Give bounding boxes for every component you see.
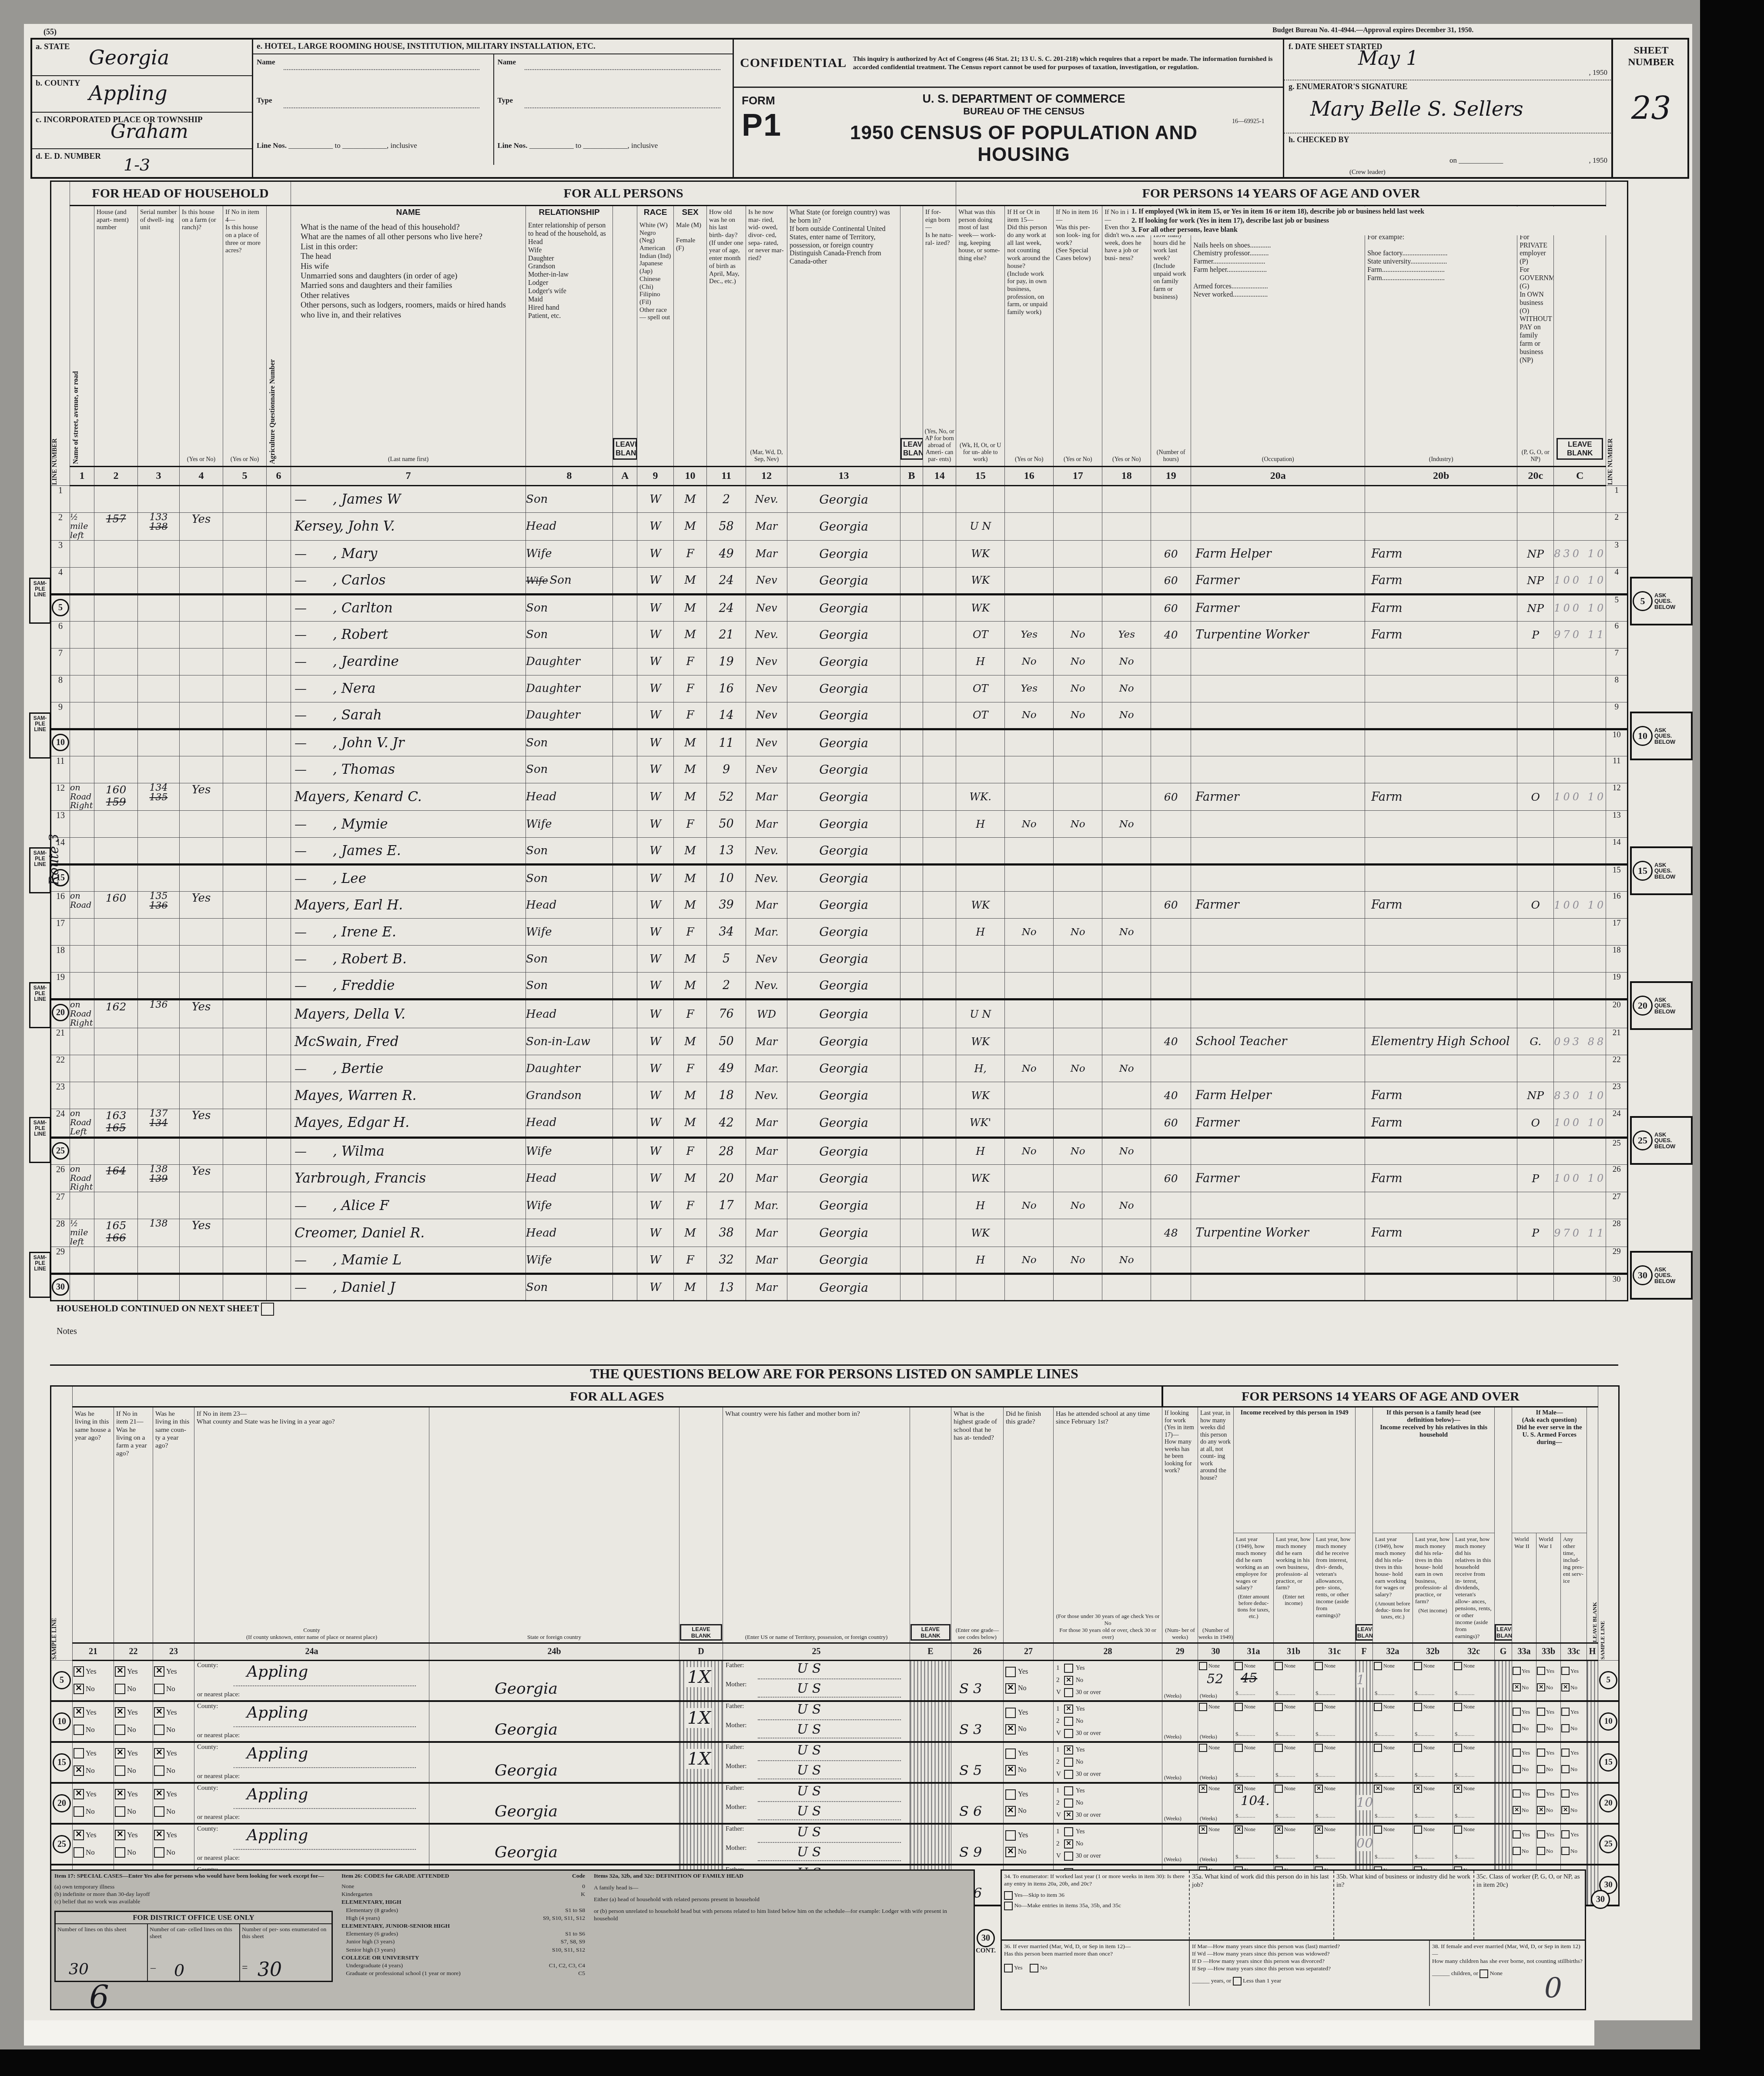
sample-cell-ww1-service-15: YesNo <box>1536 1742 1561 1783</box>
span-element: 13 <box>1613 811 1621 820</box>
span-element <box>1004 1891 1013 1900</box>
div-element: $............ <box>1455 1772 1475 1778</box>
cell-i17-8: No <box>1054 675 1102 702</box>
span-element: W <box>649 1035 661 1048</box>
span-element: 30 <box>52 1278 69 1296</box>
col-num-i18: 18 <box>1102 467 1151 486</box>
col-foot-i15: (Wk, H, Ot, or U for un- able to work) <box>956 442 1004 463</box>
div-element: None <box>1235 1703 1272 1711</box>
cell-i16-21 <box>1005 1028 1054 1055</box>
ask-ques-below-15: 15ASK QUES. BELOW <box>1630 846 1693 895</box>
span-element: 15 <box>53 1753 71 1772</box>
span-element: U S <box>797 1702 821 1717</box>
ww1-service-yes-checkbox-10 <box>1537 1708 1545 1716</box>
cell-i16-9: No <box>1005 702 1054 729</box>
cell-race-14: W <box>637 838 674 865</box>
cell-i15-10 <box>956 729 1005 756</box>
span-element: , James E. <box>333 843 401 859</box>
cell-i17-17: No <box>1054 919 1102 946</box>
cell-born-19: Georgia <box>787 973 900 1000</box>
cell-farm-17 <box>180 919 223 946</box>
div-element: None <box>1199 1744 1232 1752</box>
span-element: No <box>1522 1725 1529 1732</box>
span-element: Wife <box>526 1199 552 1212</box>
census-form-page: (55) a. STATE Georgia b. COUNTY Appling … <box>24 24 1692 2020</box>
cell-B-29 <box>900 1247 923 1274</box>
c23-no-checkbox-25 <box>154 1847 164 1858</box>
span-element: S 5 <box>959 1762 982 1778</box>
sample-col-num-c23: 23 <box>153 1643 194 1660</box>
span-element: W <box>649 1062 661 1075</box>
col-desc-house: House (and apart- ment) number <box>94 206 137 234</box>
sample-row-25: 25YesNoYesNoYesNoCounty:Applingor neares… <box>51 1824 1619 1865</box>
span-element: NP <box>1527 602 1544 615</box>
cell-industry-28: Farm <box>1365 1219 1517 1247</box>
sample-col-head-H: LEAVE BLANK <box>1587 1407 1598 1643</box>
div-element: (a) own temporary illness <box>54 1883 333 1891</box>
school-yes-checkbox-20 <box>1064 1786 1073 1795</box>
div-element <box>758 1778 901 1779</box>
span-element: Yes <box>166 1749 177 1758</box>
sample-cell-finish-10: YesNo <box>1004 1701 1054 1742</box>
cell-age-15: 10 <box>707 865 746 892</box>
cell-serial-26: 138139 <box>138 1164 180 1192</box>
cell-C-21: 093 888 2 <box>1554 1028 1606 1055</box>
cell-sex-4: M <box>674 567 707 594</box>
cell-lineno-25: 25 <box>51 1137 70 1164</box>
span-element: 16 <box>1613 892 1621 901</box>
span-element: Yes <box>1076 1788 1085 1795</box>
cell-relationship-11: Son <box>526 756 613 783</box>
span-element: , inclusive <box>627 141 658 150</box>
cell-i17-20 <box>1054 1000 1102 1028</box>
cell-name-10: —, John V. Jr <box>291 729 526 756</box>
span-element: U S <box>797 1845 821 1860</box>
sample-line-marker-20: SAM- PLE LINE <box>29 982 51 1028</box>
span-element: No <box>1076 1800 1083 1807</box>
div-element: (Weeks) <box>1164 1775 1182 1781</box>
cell-acres-24 <box>223 1109 267 1138</box>
cell-sex-2: M <box>674 513 707 541</box>
cell-industry-24: Farm <box>1365 1109 1517 1138</box>
span-element: 2 <box>723 493 730 506</box>
span-element: 34 <box>719 925 733 939</box>
cell-A-9 <box>613 702 637 729</box>
cell-relationship-7: Daughter <box>526 648 613 675</box>
sample-col-head-c26: What is the highest grade of school that… <box>951 1407 1004 1643</box>
span-element: Yes <box>1522 1749 1530 1756</box>
span-element: Mar <box>756 1117 777 1129</box>
div-element: 136 <box>138 1000 179 1010</box>
cell-i19-30 <box>1151 1274 1191 1301</box>
cell-age-20: 76 <box>707 1000 746 1028</box>
div-element: No <box>74 1803 113 1820</box>
span-element: None <box>1208 1745 1220 1751</box>
span-element: None <box>341 1882 354 1890</box>
cell-sex-16: M <box>674 892 707 919</box>
weeks-none-checkbox-25 <box>1199 1825 1207 1834</box>
cell-class-of-worker-6: P <box>1517 621 1554 648</box>
span-element: Son <box>526 844 548 857</box>
span-element: W <box>649 844 661 857</box>
cell-house-14 <box>94 838 138 865</box>
cell-i19-15 <box>1151 865 1191 892</box>
span-element: 20 <box>1613 1000 1621 1010</box>
col-title-name: NAME <box>291 208 526 217</box>
span-element: = <box>242 1962 248 1974</box>
cell-serial-17 <box>138 919 180 946</box>
div-element: 137 <box>138 1109 179 1119</box>
cell-nat-1 <box>923 486 956 513</box>
district-office-title: FOR DISTRICT OFFICE USE ONLY <box>56 1912 331 1924</box>
span-element: Daughter <box>526 1062 580 1075</box>
cell-mar-21: Mar <box>746 1028 787 1055</box>
col-head-farm: Is this house on a farm (or ranch)?(Yes … <box>180 206 223 467</box>
span-element: No <box>127 1725 136 1734</box>
leave-blank-box-B: LEAVE BLANK <box>900 438 923 460</box>
ditto-dash: — <box>295 1062 307 1076</box>
span-element: Georgia <box>819 1061 868 1076</box>
cell-nat-17 <box>923 919 956 946</box>
cell-street-26: on Road Right <box>70 1164 94 1192</box>
cell-street-14 <box>70 838 94 865</box>
span-element: 58 <box>719 520 733 533</box>
div-element: 2No <box>1056 1715 1159 1728</box>
span-element: 100 105 3 <box>1554 1172 1606 1184</box>
div-element: Last year, how much money did he earn wo… <box>1274 1533 1313 1594</box>
sample-cell-weeks-looking-5: (Weeks) <box>1162 1660 1198 1701</box>
div-element: $............ <box>1375 1690 1395 1697</box>
cell-industry-20 <box>1365 1000 1517 1028</box>
col-foot-farm: (Yes or No) <box>180 456 223 463</box>
span-element: 20 <box>53 1794 71 1812</box>
span-element: F <box>686 1254 694 1267</box>
cell-i16-6: Yes <box>1005 621 1054 648</box>
tr-element: Name of street, avenue, or roadHouse (an… <box>51 206 1628 467</box>
state-value: Georgia <box>89 46 169 69</box>
div-element: None <box>1199 1703 1232 1711</box>
cell-relationship-8: Daughter <box>526 675 613 702</box>
cell-industry-5: Farm <box>1365 594 1517 621</box>
span-element: No <box>1018 1725 1027 1733</box>
cell-class-of-worker-26: P <box>1517 1164 1554 1192</box>
cell-B-19 <box>900 973 923 1000</box>
cell-occupation-18 <box>1191 946 1365 973</box>
sample-line-number-20: 20 <box>1598 1783 1619 1824</box>
span-element: V <box>1056 1689 1061 1696</box>
div-element <box>284 107 479 108</box>
span-element: Mar. <box>754 926 778 938</box>
finish-no-checkbox-10 <box>1005 1724 1016 1735</box>
ww1-service-no-checkbox-10 <box>1537 1724 1545 1732</box>
sample-cell-ww1-service-25: YesNo <box>1536 1824 1561 1865</box>
span-element: Yarbrough, Francis <box>295 1170 426 1186</box>
span-element: 30 <box>1633 1265 1653 1285</box>
div-element: Number of per- sons enumerated on this s… <box>242 1926 330 1941</box>
dept-title: U. S. DEPARTMENT OF COMMERCE BUREAU OF T… <box>816 88 1232 175</box>
cell-agri-4 <box>267 567 291 594</box>
col-head-i19: If Wk in item 15 or Yes in item 16— How … <box>1151 206 1191 467</box>
span-element: Yes <box>166 1667 177 1676</box>
cell-i19-9 <box>1151 702 1191 729</box>
span-element: , Lee <box>333 871 366 886</box>
cell-i16-22: No <box>1005 1055 1054 1082</box>
tr-element: SAMPLE LINEFOR ALL AGESFOR PERSONS 14 YE… <box>51 1386 1619 1407</box>
cell-farm-13 <box>180 811 223 838</box>
span-element: None <box>1208 1785 1220 1792</box>
span-element: M <box>684 790 696 803</box>
span-element: Junior high (3 years) <box>341 1938 395 1946</box>
c22-yes-checkbox-5 <box>115 1666 125 1677</box>
span-element: , Thomas <box>333 762 395 777</box>
cell-i17-21 <box>1054 1028 1102 1055</box>
cell-C-8 <box>1554 675 1606 702</box>
span-element: OT <box>973 709 988 721</box>
div-element: 165 <box>94 1122 137 1134</box>
span-element: 11 <box>719 736 733 750</box>
div-element: World War II <box>1512 1533 1536 1552</box>
span-element: Nev <box>756 763 777 776</box>
cell-C-16: 100 105 3 <box>1554 892 1606 919</box>
cell-age-23: 18 <box>707 1082 746 1109</box>
cell-lineno-11: 11 <box>51 756 70 783</box>
cell-relationship-15: Son <box>526 865 613 892</box>
cell-lineno-26: 26 <box>51 1164 70 1192</box>
col-num-mar: 12 <box>746 467 787 486</box>
confidential-label: CONFIDENTIAL <box>734 56 853 70</box>
cell-i19-29 <box>1151 1247 1191 1274</box>
span-element: 18 <box>719 1089 733 1102</box>
hotel-name-label: Name <box>257 58 275 67</box>
div-element: 1Yes <box>1056 1662 1159 1675</box>
span-element: No <box>1119 656 1134 667</box>
div-element: None <box>1454 1785 1493 1793</box>
cell-C-23: 830 105 4 <box>1554 1082 1606 1109</box>
div-element: Was he living in this same house a year … <box>73 1407 114 1444</box>
cell-nat-28 <box>923 1219 956 1247</box>
span-element: Farmer <box>1195 1172 1239 1185</box>
cell-sex-12: M <box>674 783 707 811</box>
sample-cell-D-15: 1X <box>679 1742 723 1783</box>
div-element: d. E. D. NUMBER 1-3 <box>32 149 252 178</box>
cell-acres-28 <box>223 1219 267 1247</box>
div-element: 35a. What kind of work did this person d… <box>1192 1873 1331 1889</box>
div-element: No <box>154 1762 193 1779</box>
span-element: 17 <box>56 919 65 928</box>
cell-farm-28: Yes <box>180 1219 223 1247</box>
table-row: 14—, James E.SonWM13Nev.Georgia14 <box>51 838 1628 865</box>
span-element: Son <box>526 628 548 641</box>
div-element <box>234 1767 416 1768</box>
sample-cell-ww2-service-10: YesNo <box>1512 1701 1536 1742</box>
span-element: No <box>1018 1848 1027 1856</box>
cell-agri-30 <box>267 1274 291 1301</box>
span-element: Wife <box>526 818 552 831</box>
div-element: (Enter net income) <box>1274 1594 1313 1607</box>
span-element: H <box>976 1145 985 1157</box>
span-element: V <box>1056 1812 1061 1819</box>
ww2-service-no-checkbox-5 <box>1513 1683 1521 1692</box>
cell-industry-13 <box>1365 811 1517 838</box>
span-element: 1 <box>1056 1665 1061 1672</box>
div-element: FORM P1 U. S. DEPARTMENT OF COMMERCE BUR… <box>734 88 1284 175</box>
cell-industry-21: Elementry High School <box>1365 1028 1517 1055</box>
span-element: Mayers, Kenard C. <box>295 789 422 805</box>
span-element: Yes <box>166 1708 177 1717</box>
span-element: U S <box>797 1743 821 1758</box>
cell-A-8 <box>613 675 637 702</box>
c21-no-checkbox-15 <box>74 1765 84 1776</box>
ditto-dash: — <box>295 952 307 966</box>
span-element: None <box>1324 1663 1336 1669</box>
div-element: If looking for work (Yes in item 17)— Ho… <box>1162 1407 1198 1478</box>
div-element: ASK QUES. BELOW <box>1654 997 1675 1015</box>
span-element: Yes <box>1018 1791 1028 1799</box>
school-over-checkbox-20 <box>1064 1811 1073 1820</box>
cell-race-11: W <box>637 756 674 783</box>
div-element: County (If county unknown, enter name of… <box>194 1627 429 1641</box>
col-head-acres: If No in item 4— Is this house on a plac… <box>223 206 267 467</box>
span-element: Yes <box>192 892 211 905</box>
span-element: 10 <box>1599 1712 1617 1731</box>
div-element: None <box>1374 1703 1412 1711</box>
cell-B-13 <box>900 811 923 838</box>
cell-i16-3 <box>1005 540 1054 567</box>
span-element: , Carlton <box>333 600 393 616</box>
cell-i16-19 <box>1005 973 1054 1000</box>
sample-col-head-D: LEAVE BLANK <box>679 1407 723 1643</box>
col-head-i16: If H or Ot in item 15— Did this person d… <box>1005 206 1054 467</box>
cell-A-16 <box>613 892 637 919</box>
div-element: Mother: <box>726 1722 746 1729</box>
cell-acres-17 <box>223 919 267 946</box>
div-element: Number of lines on this sheet 30 <box>56 1924 148 1981</box>
sample-col-num-c26: 26 <box>951 1643 1004 1660</box>
cell-i16-15 <box>1005 865 1054 892</box>
cell-born-13: Georgia <box>787 811 900 838</box>
cell-lineno-5: 5 <box>51 594 70 621</box>
span-element: Son <box>550 574 572 587</box>
cell-lineno-22: 22 <box>51 1055 70 1082</box>
span-element: 24 <box>719 602 733 615</box>
span-element: None <box>1423 1704 1435 1710</box>
weeks-none-checkbox-15 <box>1199 1744 1207 1752</box>
sample-cell-weeks-worked-10: None(Weeks) <box>1198 1701 1234 1742</box>
cell-nat-18 <box>923 946 956 973</box>
cell-i19-11 <box>1151 756 1191 783</box>
cell-B-18 <box>900 946 923 973</box>
div-element: None <box>1275 1785 1312 1793</box>
span-element: Yes <box>1021 683 1038 694</box>
sample-row-10: 10YesNoYesNoYesNoCounty:Applingor neares… <box>51 1701 1619 1742</box>
cell-lineno-28: 28 <box>51 1219 70 1247</box>
cell-B-7 <box>900 648 923 675</box>
span-element: 52 <box>719 790 733 804</box>
cell-B-17 <box>900 919 923 946</box>
cell-street-1 <box>70 486 94 513</box>
span-element: 8 <box>58 675 63 685</box>
cell-sex-20: F <box>674 1000 707 1028</box>
div-element: 165 <box>94 1219 137 1232</box>
span-element: S10, S11, S12 <box>552 1946 585 1954</box>
col-foot-i17: (Yes or No) <box>1054 456 1102 463</box>
other-income-none-checkbox-5 <box>1315 1662 1323 1670</box>
cell-acres-14 <box>223 838 267 865</box>
span-element: None <box>1284 1704 1295 1710</box>
span-element: 10 <box>1613 730 1621 739</box>
span-element: Mayes, Warren R. <box>295 1088 416 1103</box>
cell-i17-6: No <box>1054 621 1102 648</box>
span-element: Mayers, Earl H. <box>295 897 403 913</box>
span-element: No <box>86 1807 95 1816</box>
cell-serial-6 <box>138 621 180 648</box>
c23-no-checkbox-20 <box>154 1806 164 1817</box>
cell-i15-24: WK' <box>956 1109 1005 1138</box>
cell-i19-5: 60 <box>1151 594 1191 621</box>
cell-lineno-7: 7 <box>51 648 70 675</box>
cell-street-20: on Road Right <box>70 1000 94 1028</box>
cell-class-of-worker-18 <box>1517 946 1554 973</box>
col-head-A: LEAVE BLANK <box>613 206 637 467</box>
cell-age-25: 28 <box>707 1137 746 1164</box>
cell-i18-26 <box>1102 1164 1151 1192</box>
cell-i15-25: H <box>956 1137 1005 1164</box>
div-element: Yes <box>1005 1745 1051 1762</box>
span-element: No <box>127 1807 136 1816</box>
cell-nat-23 <box>923 1082 956 1109</box>
cell-acres-13 <box>223 811 267 838</box>
cell-lineno-12: 12 <box>51 783 70 811</box>
cell-C-1 <box>1554 486 1606 513</box>
span-element: Yes <box>1076 1829 1085 1835</box>
div-element: $............ <box>1235 1690 1255 1697</box>
sample-cell-school-5: 1Yes2NoV30 or over <box>1054 1660 1162 1701</box>
continuation-badge: 30 CONT. <box>976 1929 996 1955</box>
sample-row-20: 20YesNoYesNoYesNoCounty:Applingor neares… <box>51 1783 1619 1824</box>
sample-cell-school-20: 1Yes2NoV30 or over <box>1054 1783 1162 1824</box>
div-element: Last year, how much money did his rela- … <box>1413 1533 1453 1608</box>
div-element: Mother: <box>726 1845 746 1852</box>
cell-acres-20 <box>223 1000 267 1028</box>
span-element: 2 <box>723 979 730 992</box>
div-element: No <box>115 1803 152 1820</box>
cell-occupation-29 <box>1191 1247 1365 1274</box>
col-head-cow: Class of worker For PRIVATE employer (P)… <box>1517 206 1554 467</box>
span-element: Georgia <box>819 1280 868 1295</box>
cell-class-of-worker-8 <box>1517 675 1554 702</box>
cell-i17-4 <box>1054 567 1102 594</box>
cell-i18-10 <box>1102 729 1151 756</box>
span-element: F <box>686 655 694 668</box>
sample-col-head-c33a: World War II <box>1512 1533 1536 1643</box>
sample-cell-weeks-looking-15: (Weeks) <box>1162 1742 1198 1783</box>
crew-leader-label: (Crew leader) <box>1349 169 1386 176</box>
cell-mar-17: Mar. <box>746 919 787 946</box>
span-element: V <box>1056 1852 1061 1860</box>
cell-C-14 <box>1554 838 1606 865</box>
div-element: Yes <box>154 1745 193 1762</box>
span-element: Farm <box>1371 1172 1402 1185</box>
ww1-service-no-checkbox-15 <box>1537 1765 1545 1773</box>
cell-industry-12: Farm <box>1365 783 1517 811</box>
cell-i17-27: No <box>1054 1192 1102 1219</box>
cell-i19-12: 60 <box>1151 783 1191 811</box>
cell-B-11 <box>900 756 923 783</box>
cell-nat-26 <box>923 1164 956 1192</box>
cell-serial-13 <box>138 811 180 838</box>
span-element: F <box>686 926 694 939</box>
cell-industry-2 <box>1365 513 1517 541</box>
